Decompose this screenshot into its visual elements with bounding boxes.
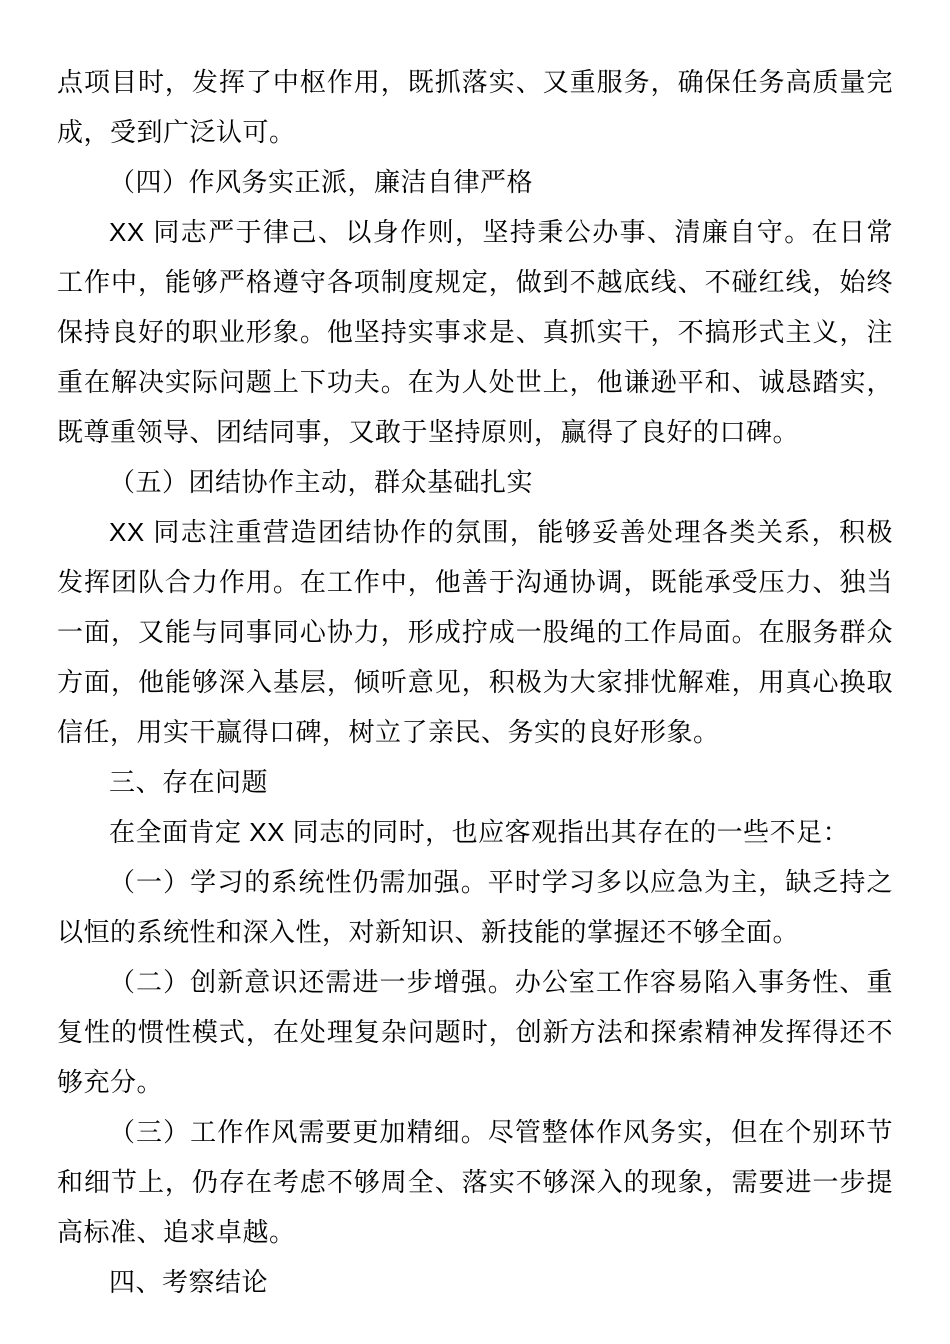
heading-section-4-conclusion: 四、考察结论: [57, 1257, 893, 1307]
paragraph-item-5-body: XX 同志注重营造团结协作的氛围，能够妥善处理各类关系，积极发挥团队合力作用。在…: [57, 507, 893, 757]
paragraph-issue-1: （一）学习的系统性仍需加强。平时学习多以应急为主，缺乏持之以恒的系统性和深入性，…: [57, 857, 893, 957]
heading-item-4: （四）作风务实正派，廉洁自律严格: [57, 157, 893, 207]
heading-section-3-problems: 三、存在问题: [57, 757, 893, 807]
heading-item-5: （五）团结协作主动，群众基础扎实: [57, 457, 893, 507]
document-body: 点项目时，发挥了中枢作用，既抓落实、又重服务，确保任务高质量完成，受到广泛认可。…: [57, 57, 893, 1307]
document-page: 点项目时，发挥了中枢作用，既抓落实、又重服务，确保任务高质量完成，受到广泛认可。…: [0, 0, 950, 1344]
paragraph-item-4-body: XX 同志严于律己、以身作则，坚持秉公办事、清廉自守。在日常工作中，能够严格遵守…: [57, 207, 893, 457]
paragraph-issue-3: （三）工作作风需要更加精细。尽管整体作风务实，但在个别环节和细节上，仍存在考虑不…: [57, 1107, 893, 1257]
paragraph-section-3-intro: 在全面肯定 XX 同志的同时，也应客观指出其存在的一些不足：: [57, 807, 893, 857]
paragraph-issue-2: （二）创新意识还需进一步增强。办公室工作容易陷入事务性、重复性的惯性模式，在处理…: [57, 957, 893, 1107]
paragraph-continuation: 点项目时，发挥了中枢作用，既抓落实、又重服务，确保任务高质量完成，受到广泛认可。: [57, 57, 893, 157]
